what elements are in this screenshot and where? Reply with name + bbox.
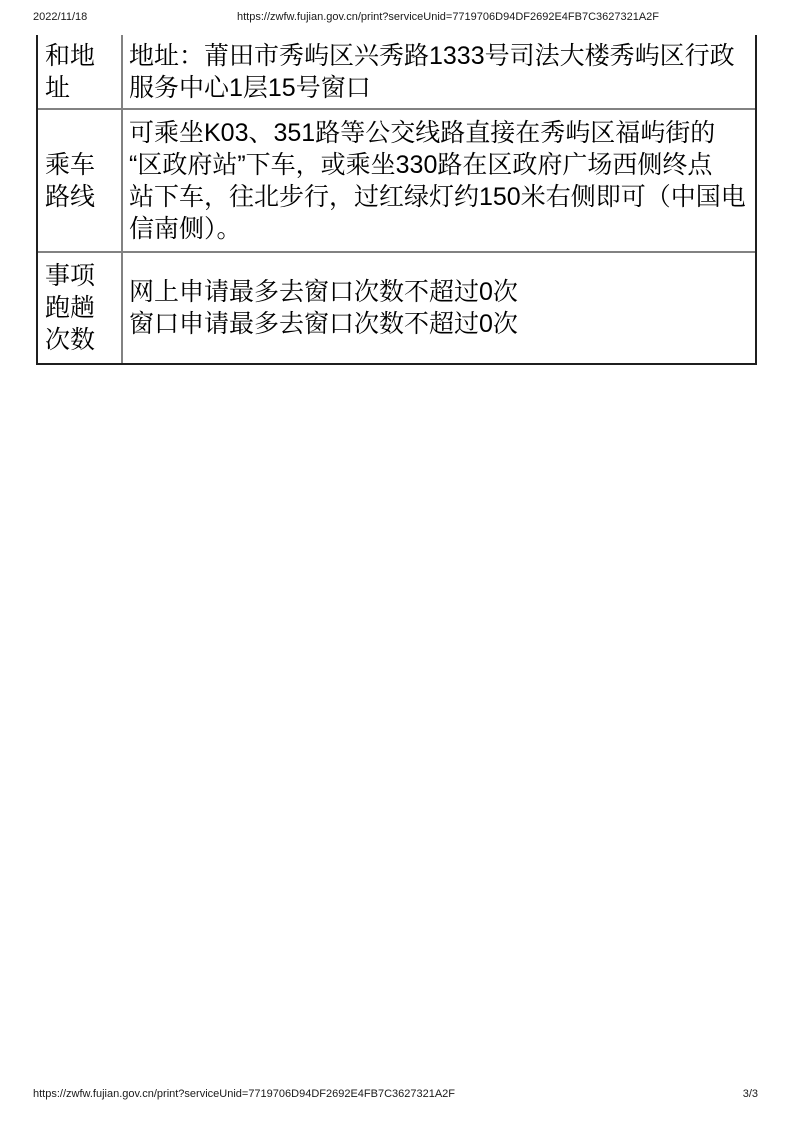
service-info-table: 和地 址 地址：莆田市秀屿区兴秀路1333号司法大楼秀屿区行政 服务中心1层15… — [36, 35, 757, 365]
page-number: 3/3 — [743, 1088, 758, 1100]
table-row-visit-counts: 事项 跑趟 次数 网上申请最多去窗口次数不超过0次 窗口申请最多去窗口次数不超过… — [38, 253, 755, 363]
print-header-date: 2022/11/18 — [33, 11, 87, 23]
content-line: 服务中心1层15号窗口 — [129, 72, 752, 104]
label-line: 和地 — [45, 40, 121, 72]
content-line: 站下车，往北步行，过红绿灯约150米右侧即可（中国电 — [129, 181, 752, 213]
row-content-address: 地址：莆田市秀屿区兴秀路1333号司法大楼秀屿区行政 服务中心1层15号窗口 — [123, 35, 755, 108]
table-row-address: 和地 址 地址：莆田市秀屿区兴秀路1333号司法大楼秀屿区行政 服务中心1层15… — [38, 35, 755, 110]
row-label-address: 和地 址 — [38, 35, 123, 108]
content-line: 地址：莆田市秀屿区兴秀路1333号司法大楼秀屿区行政 — [129, 40, 752, 72]
content-line: 网上申请最多去窗口次数不超过0次 — [129, 276, 752, 308]
row-label-visit-counts: 事项 跑趟 次数 — [38, 253, 123, 363]
content-line: 信南侧）。 — [129, 213, 752, 245]
label-line: 次数 — [45, 324, 121, 356]
print-page: 2022/11/18 https://zwfw.fujian.gov.cn/pr… — [0, 0, 793, 1123]
print-footer-url: https://zwfw.fujian.gov.cn/print?service… — [33, 1088, 455, 1100]
row-content-bus-route: 可乘坐K03、351路等公交线路直接在秀屿区福屿街的 “区政府站”下车，或乘坐3… — [123, 110, 755, 251]
label-line: 址 — [45, 72, 121, 104]
table-row-bus-route: 乘车 路线 可乘坐K03、351路等公交线路直接在秀屿区福屿街的 “区政府站”下… — [38, 110, 755, 253]
label-line: 事项 — [45, 260, 121, 292]
row-content-visit-counts: 网上申请最多去窗口次数不超过0次 窗口申请最多去窗口次数不超过0次 — [123, 253, 755, 363]
print-header-url: https://zwfw.fujian.gov.cn/print?service… — [237, 11, 659, 23]
content-line: 窗口申请最多去窗口次数不超过0次 — [129, 308, 752, 340]
content-line: 可乘坐K03、351路等公交线路直接在秀屿区福屿街的 — [129, 117, 752, 149]
content-line: “区政府站”下车，或乘坐330路在区政府广场西侧终点 — [129, 149, 752, 181]
label-line: 路线 — [45, 181, 121, 213]
label-line: 跑趟 — [45, 292, 121, 324]
row-label-bus-route: 乘车 路线 — [38, 110, 123, 251]
label-line: 乘车 — [45, 149, 121, 181]
